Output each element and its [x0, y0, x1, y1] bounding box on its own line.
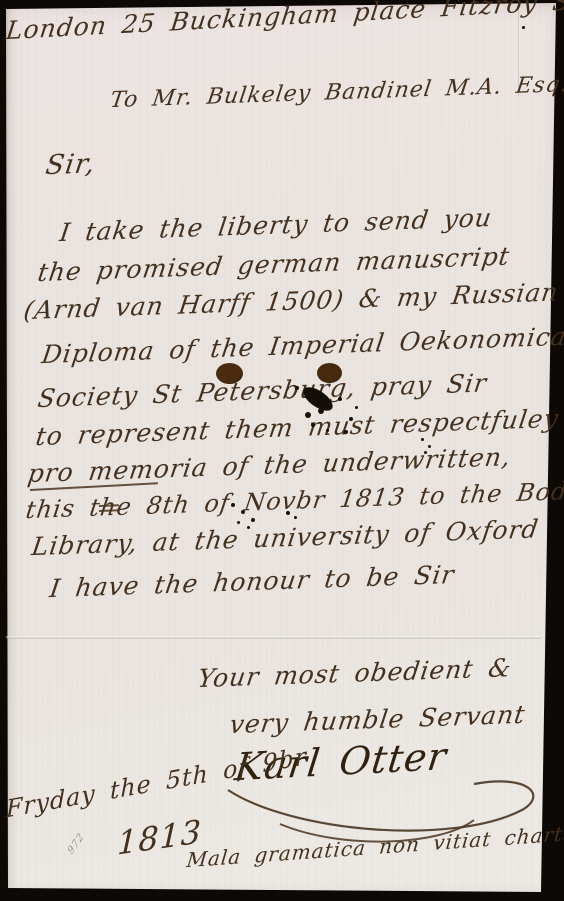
ink-speckle: [338, 397, 342, 401]
ink-speckle: [522, 26, 525, 29]
ink-speckle: [247, 526, 250, 529]
letter-page: [0, 0, 564, 901]
ink-speckle: [311, 423, 315, 427]
ink-speckle: [231, 503, 235, 507]
ink-speckle: [318, 408, 324, 414]
ink-speckle: [424, 451, 427, 454]
ink-speckle: [428, 445, 431, 448]
ink-speckle: [241, 510, 245, 514]
ink-speckle: [355, 406, 358, 409]
fold-crease: [6, 636, 541, 639]
ink-speckle: [349, 417, 353, 421]
letter-scan: London 25 Buckingham place Fitzroy Squar…: [0, 0, 564, 901]
ink-blot: [317, 363, 342, 383]
ink-blot: [216, 363, 243, 384]
ink-speckle: [421, 438, 424, 441]
ink-speckle: [295, 386, 299, 390]
ink-speckle: [305, 412, 311, 418]
ink-speckle: [344, 430, 348, 434]
fold-crease: [517, 4, 519, 96]
ink-speckle: [251, 518, 255, 522]
ink-speckle: [237, 521, 240, 524]
ink-speckle: [294, 516, 297, 519]
ink-speckle: [326, 429, 329, 432]
ink-speckle: [286, 511, 290, 515]
